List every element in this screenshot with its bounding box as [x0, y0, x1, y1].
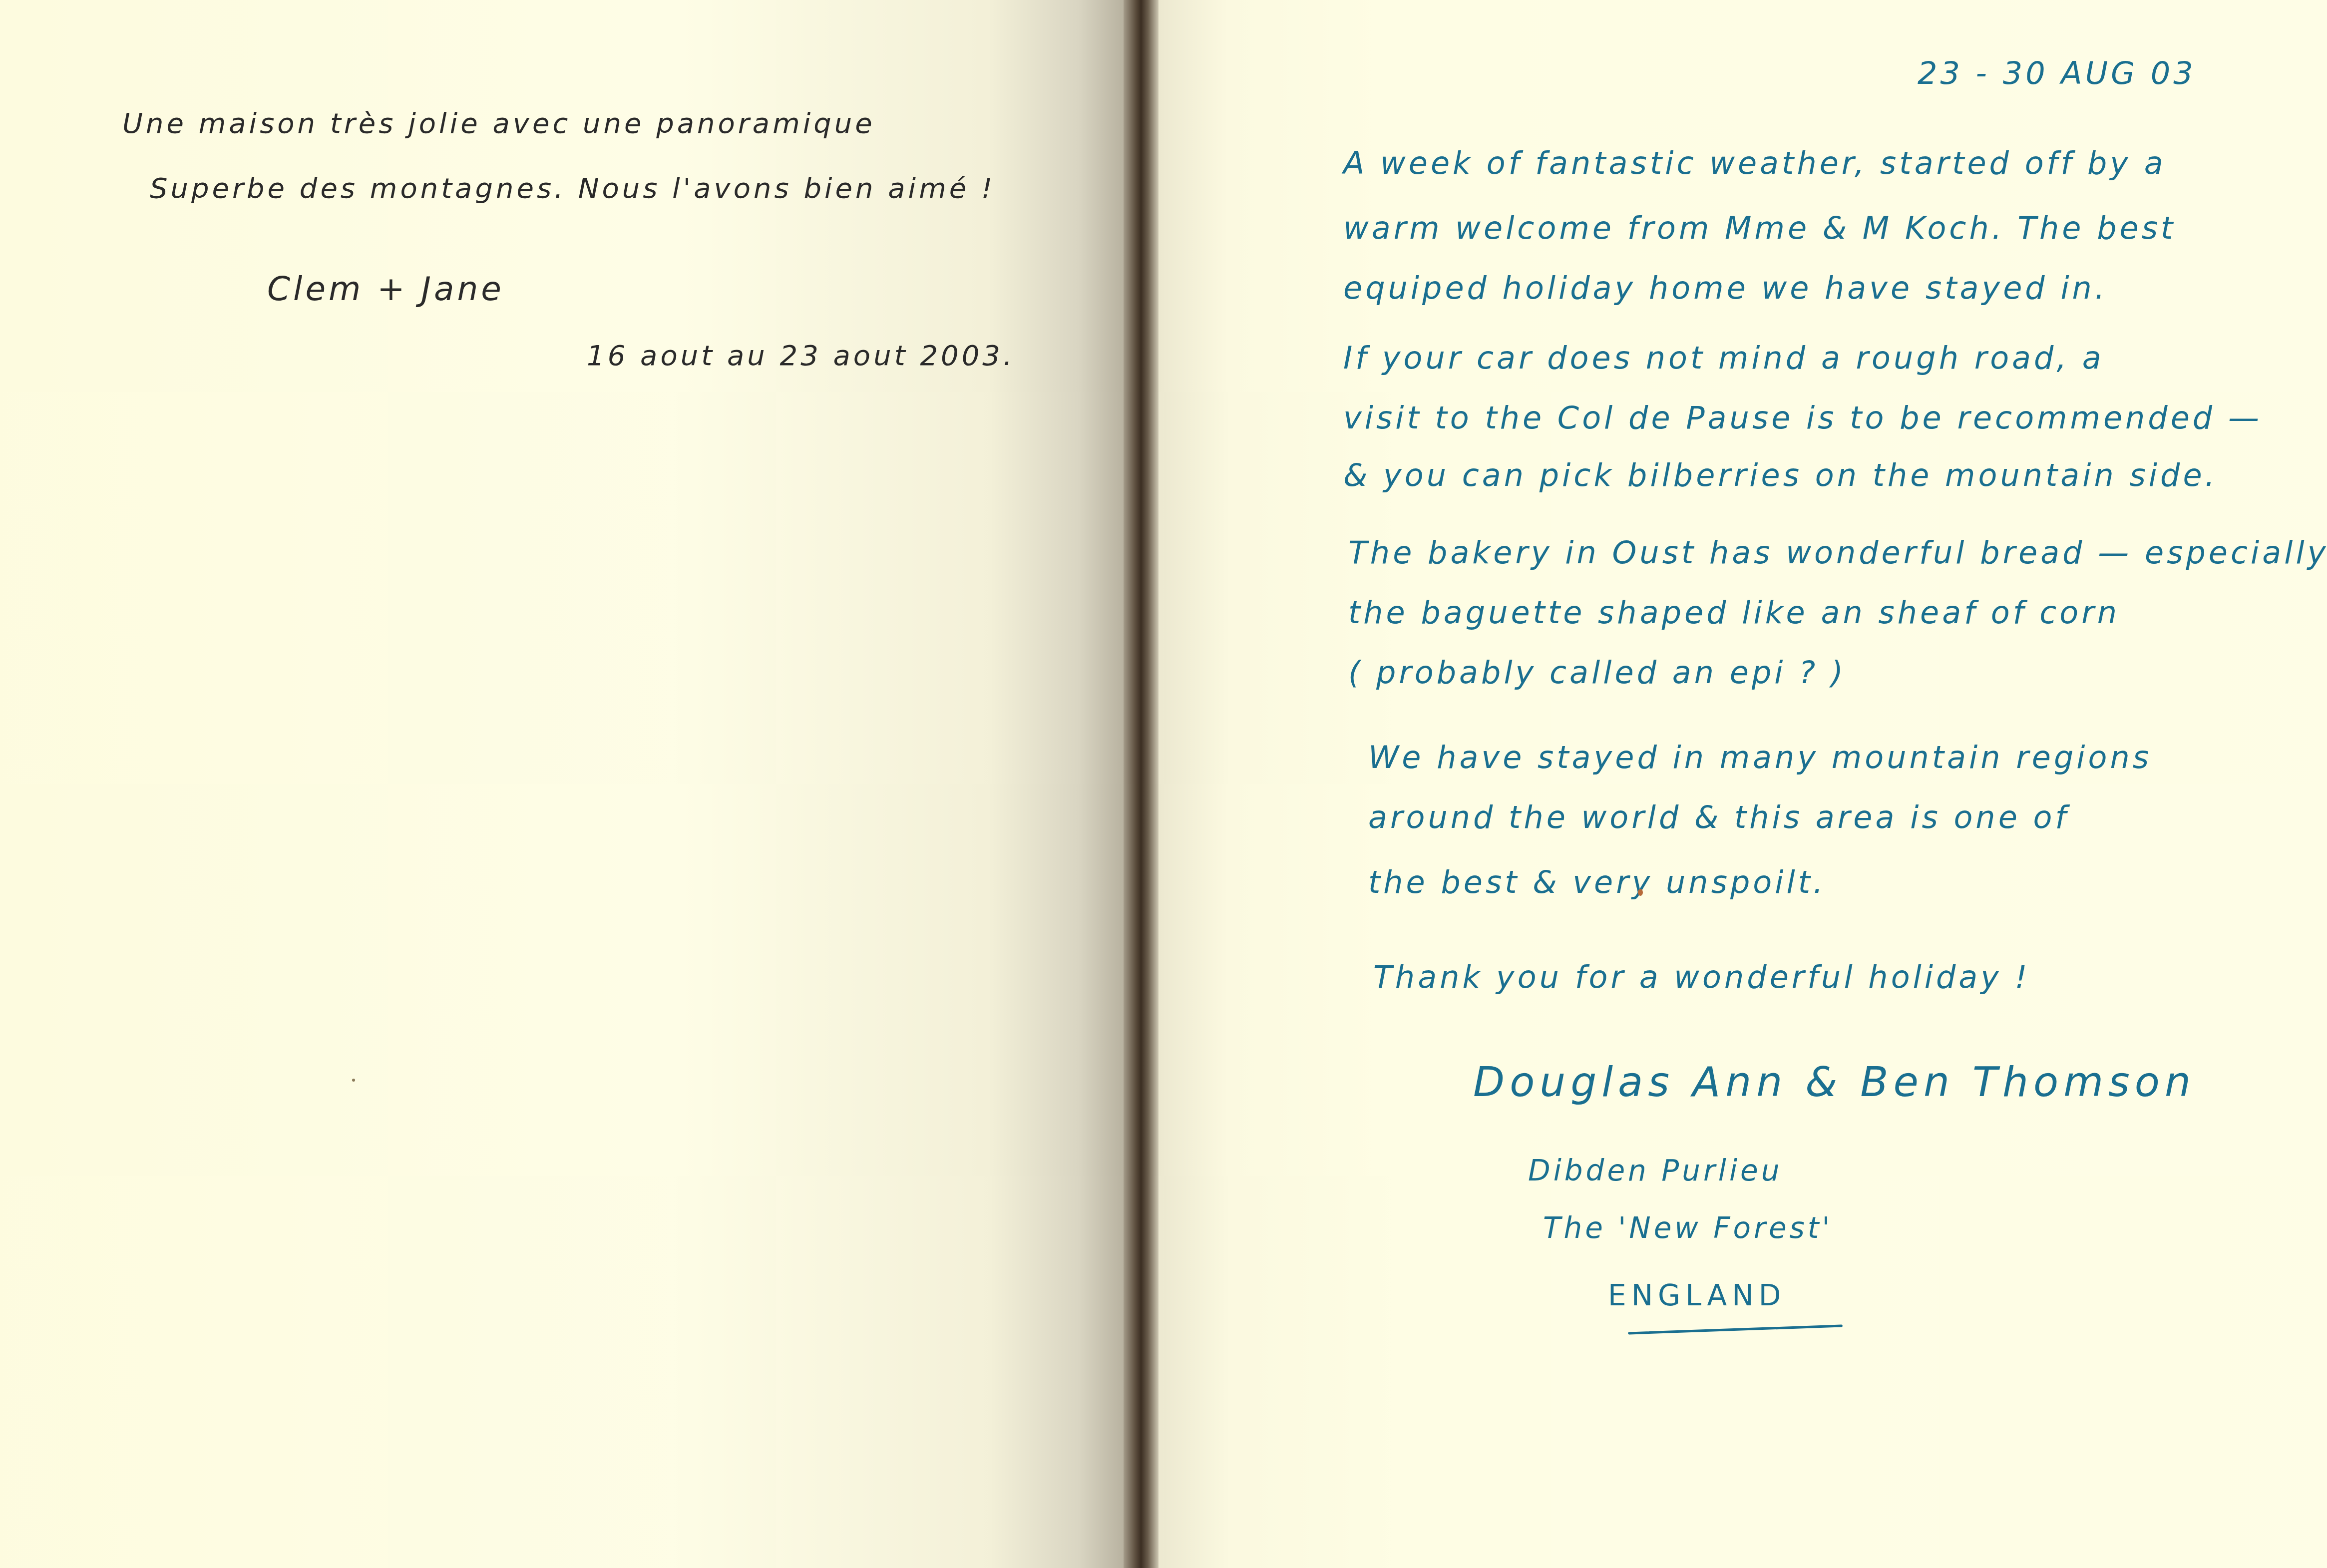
left-dates: 16 aout au 23 aout 2003.	[587, 340, 1015, 372]
entry-line: warm welcome from Mme & M Koch. The best	[1343, 210, 2176, 246]
entry-line: If your car does not mind a rough road, …	[1343, 340, 2104, 376]
open-guestbook-spread: Une maison très jolie avec une panoramiq…	[0, 0, 2327, 1568]
left-page: Une maison très jolie avec une panoramiq…	[0, 0, 1124, 1568]
closing-line: Thank you for a wonderful holiday !	[1373, 959, 2030, 995]
right-signature: Douglas Ann & Ben Thomson	[1473, 1059, 2196, 1106]
entry-line: visit to the Col de Pause is to be recom…	[1343, 399, 2262, 436]
address-line-1: Dibden Purlieu	[1528, 1154, 1783, 1187]
signature-underline	[1628, 1324, 1843, 1334]
entry-line: ( probably called an epi ? )	[1348, 654, 1846, 691]
right-date-header: 23 - 30 AUG 03	[1918, 55, 2196, 91]
left-message-line-2: Superbe des montagnes. Nous l'avons bien…	[150, 172, 995, 205]
address-line-2: The 'New Forest'	[1543, 1211, 1833, 1245]
left-message-text-1: Une maison très jolie avec une panoramiq…	[122, 107, 875, 140]
left-message-text-2: Superbe des montagnes. Nous l'avons bien…	[150, 172, 995, 205]
ink-stain	[1638, 889, 1643, 896]
entry-line: A week of fantastic weather, started off…	[1343, 145, 2166, 181]
entry-line: & you can pick bilberries on the mountai…	[1343, 457, 2218, 493]
left-message-line-1: Une maison très jolie avec une panoramiq…	[122, 107, 875, 140]
entry-line: the baguette shaped like an sheaf of cor…	[1348, 594, 2120, 631]
right-page: 23 - 30 AUG 03 A week of fantastic weath…	[1159, 0, 2327, 1568]
address-line-3: ENGLAND	[1608, 1278, 1786, 1312]
book-gutter-fold	[1124, 0, 1159, 1568]
entry-line: We have stayed in many mountain regions	[1368, 739, 2152, 776]
entry-line: The bakery in Oust has wonderful bread —…	[1348, 534, 2327, 571]
left-signature: Clem + Jane	[267, 270, 504, 308]
entry-line: equiped holiday home we have stayed in.	[1343, 270, 2108, 306]
paper-speck	[352, 1079, 355, 1082]
entry-line: the best & very unspoilt.	[1368, 864, 1826, 900]
entry-line: around the world & this area is one of	[1368, 799, 2069, 835]
